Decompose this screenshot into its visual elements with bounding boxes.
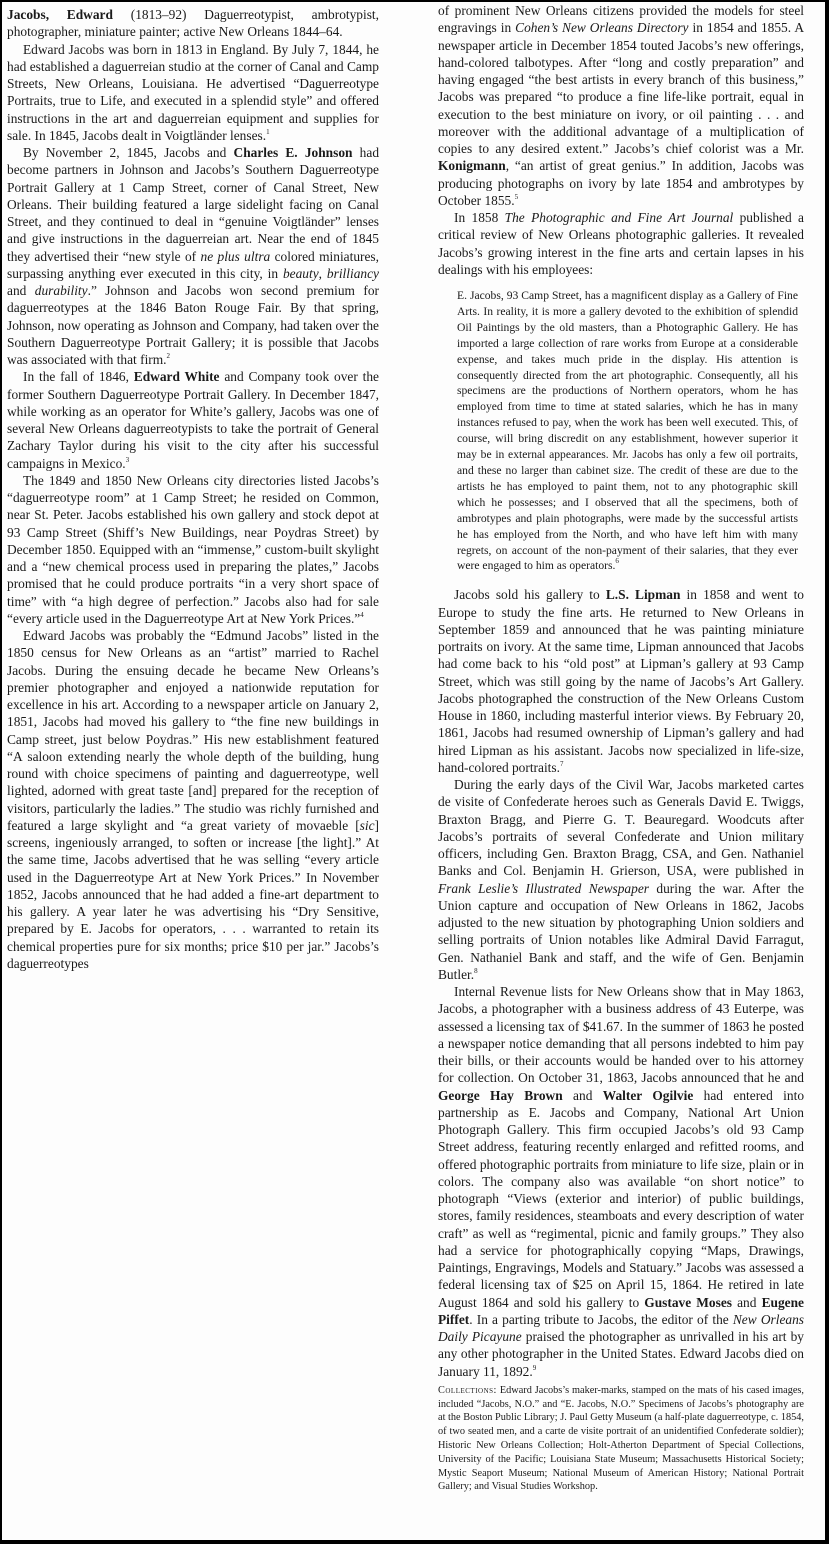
footnote-ref[interactable]: 3 xyxy=(126,456,130,464)
document-page: Jacobs, Edward (1813–92) Daguerreotypist… xyxy=(2,2,825,1540)
paragraph: Internal Revenue lists for New Orleans s… xyxy=(438,983,804,1380)
person-name: Konigmann xyxy=(438,158,506,173)
footnote-ref[interactable]: 5 xyxy=(515,193,519,201)
person-name: Gustave Moses xyxy=(644,1295,732,1310)
entry-name: Jacobs, Edward xyxy=(7,7,113,22)
paragraph: Jacobs sold his gallery to L.S. Lipman i… xyxy=(438,586,804,776)
footnote-ref[interactable]: 8 xyxy=(474,967,478,975)
paragraph: Edward Jacobs was probably the “Edmund J… xyxy=(7,627,379,972)
paragraph: In 1858 The Photographic and Fine Art Jo… xyxy=(438,209,804,278)
footnote-ref[interactable]: 2 xyxy=(167,352,171,360)
person-name: Walter Ogilvie xyxy=(603,1088,693,1103)
footnote-ref[interactable]: 1 xyxy=(266,128,270,136)
person-name: Edward White xyxy=(134,369,220,384)
person-name: George Hay Brown xyxy=(438,1088,563,1103)
entry-heading-paragraph: Jacobs, Edward (1813–92) Daguerreotypist… xyxy=(7,6,379,41)
footnote-ref[interactable]: 9 xyxy=(533,1364,537,1372)
paragraph: Edward Jacobs was born in 1813 in Englan… xyxy=(7,41,379,145)
paragraph: In the fall of 1846, Edward White and Co… xyxy=(7,368,379,472)
paragraph: of prominent New Orleans citizens provid… xyxy=(438,2,804,209)
right-column: of prominent New Orleans citizens provid… xyxy=(438,2,804,1494)
person-name: Charles E. Johnson xyxy=(234,145,353,160)
paragraph: The 1849 and 1850 New Orleans city direc… xyxy=(7,472,379,627)
collections-label: Collections: xyxy=(438,1385,497,1396)
block-quote: E. Jacobs, 93 Camp Street, has a magnifi… xyxy=(457,288,798,574)
footnote-ref[interactable]: 6 xyxy=(615,557,619,565)
footnote-ref[interactable]: 7 xyxy=(560,760,564,768)
paragraph: During the early days of the Civil War, … xyxy=(438,776,804,983)
left-column: Jacobs, Edward (1813–92) Daguerreotypist… xyxy=(7,6,379,972)
person-name: L.S. Lipman xyxy=(606,587,681,602)
paragraph: By November 2, 1845, Jacobs and Charles … xyxy=(7,144,379,368)
collections-note: Collections: Edward Jacobs’s maker-marks… xyxy=(438,1384,804,1494)
footnote-ref[interactable]: 4 xyxy=(360,611,364,619)
